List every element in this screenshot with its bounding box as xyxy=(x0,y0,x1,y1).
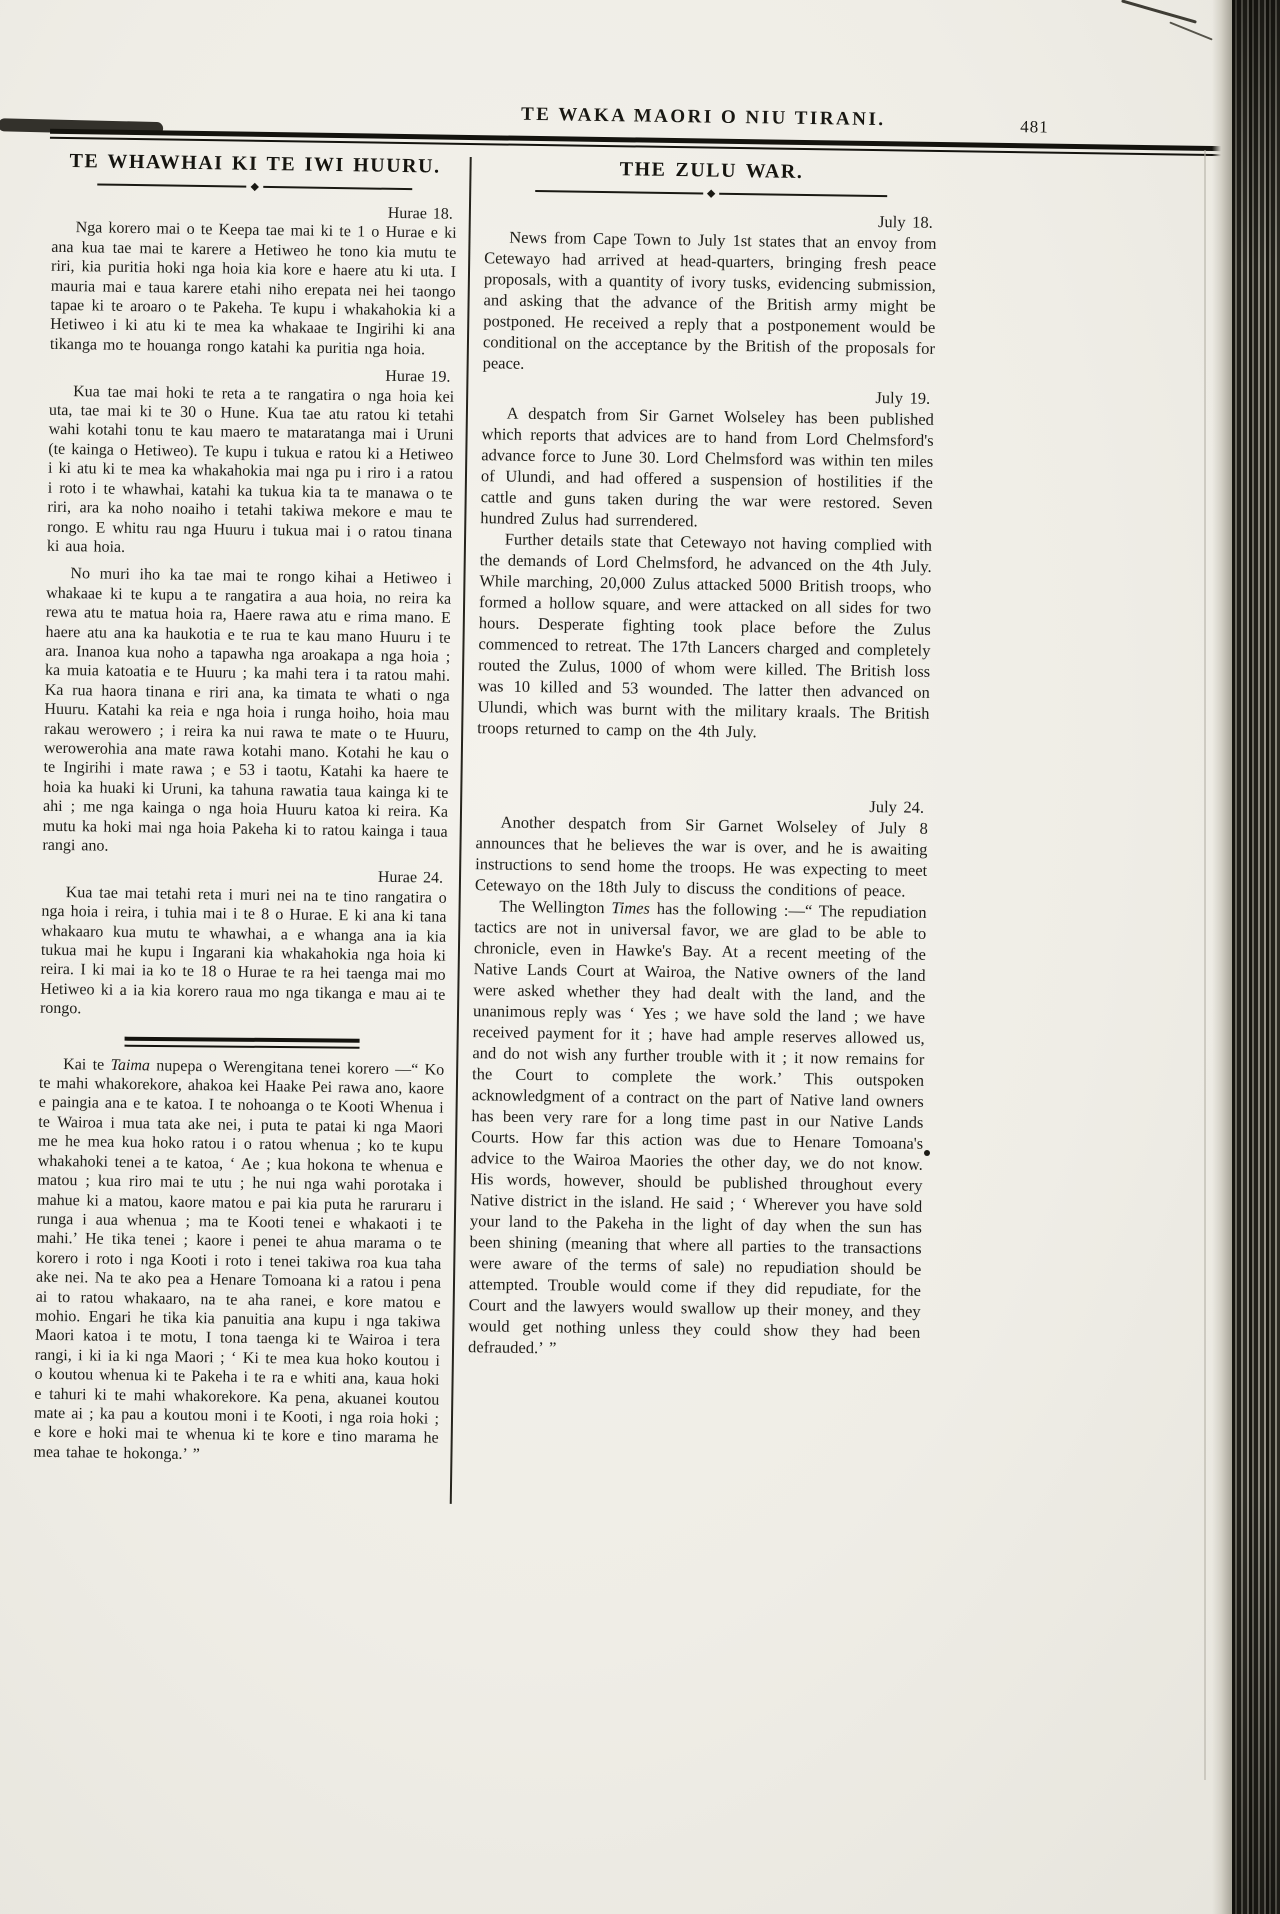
right-column-heading: THE ZULU WAR. xyxy=(485,155,937,186)
right-column: THE ZULU WAR. ◆ July 18. News from Cape … xyxy=(466,149,938,1475)
page-number: 481 xyxy=(1020,117,1049,137)
article-paragraph: Kua tae mai hoki te reta a te rangatira … xyxy=(47,381,455,562)
article-paragraph: Nga korero mai o te Keepa tae mai ki te … xyxy=(50,218,457,360)
footer-paragraph: The Wellington Times has the following :… xyxy=(468,895,927,1364)
scan-edge-line xyxy=(1204,150,1206,1780)
article-paragraph: Kua tae mai tetahi reta i muri nei na te… xyxy=(40,883,447,1025)
scanned-content: TE WAKA MAORI O NIU TIRANI. 481 TE WHAWH… xyxy=(0,0,1250,19)
article-paragraph: Further details state that Cetewayo not … xyxy=(477,528,932,745)
section-separator xyxy=(125,1036,360,1048)
scan-streak xyxy=(1169,21,1212,40)
scan-streak xyxy=(1121,0,1197,24)
binding-edge xyxy=(1232,0,1280,1914)
binding-shadow-band xyxy=(1212,0,1232,1914)
article-paragraph: Another despatch from Sir Garnet Wolsele… xyxy=(475,811,928,902)
diamond-ornament: ◆ xyxy=(246,182,263,192)
left-column-heading: TE WHAWHAI KI TE IWI HUURU. xyxy=(52,149,457,179)
article-paragraph: News from Cape Town to July 1st states t… xyxy=(483,226,937,380)
heading-ornament-rule: ◆ xyxy=(535,186,888,201)
ink-spot xyxy=(924,1150,930,1156)
diamond-ornament: ◆ xyxy=(703,188,720,198)
masthead-title: TE WAKA MAORI O NIU TIRANI. xyxy=(453,103,953,132)
footer-paragraph: Kai te Taima nupepa o Werengitana tenei … xyxy=(33,1054,444,1467)
heading-ornament-rule: ◆ xyxy=(97,179,413,194)
article-paragraph: No muri iho ka tae mai te rongo kihai a … xyxy=(42,564,451,861)
article-paragraph: A despatch from Sir Garnet Wolseley has … xyxy=(480,402,934,535)
left-column: TE WHAWHAI KI TE IWI HUURU. ◆ Hurae 18. … xyxy=(33,143,458,1468)
newspaper-page: TE WAKA MAORI O NIU TIRANI. 481 TE WHAWH… xyxy=(0,0,1280,1914)
columns: TE WHAWHAI KI TE IWI HUURU. ◆ Hurae 18. … xyxy=(33,143,937,1475)
